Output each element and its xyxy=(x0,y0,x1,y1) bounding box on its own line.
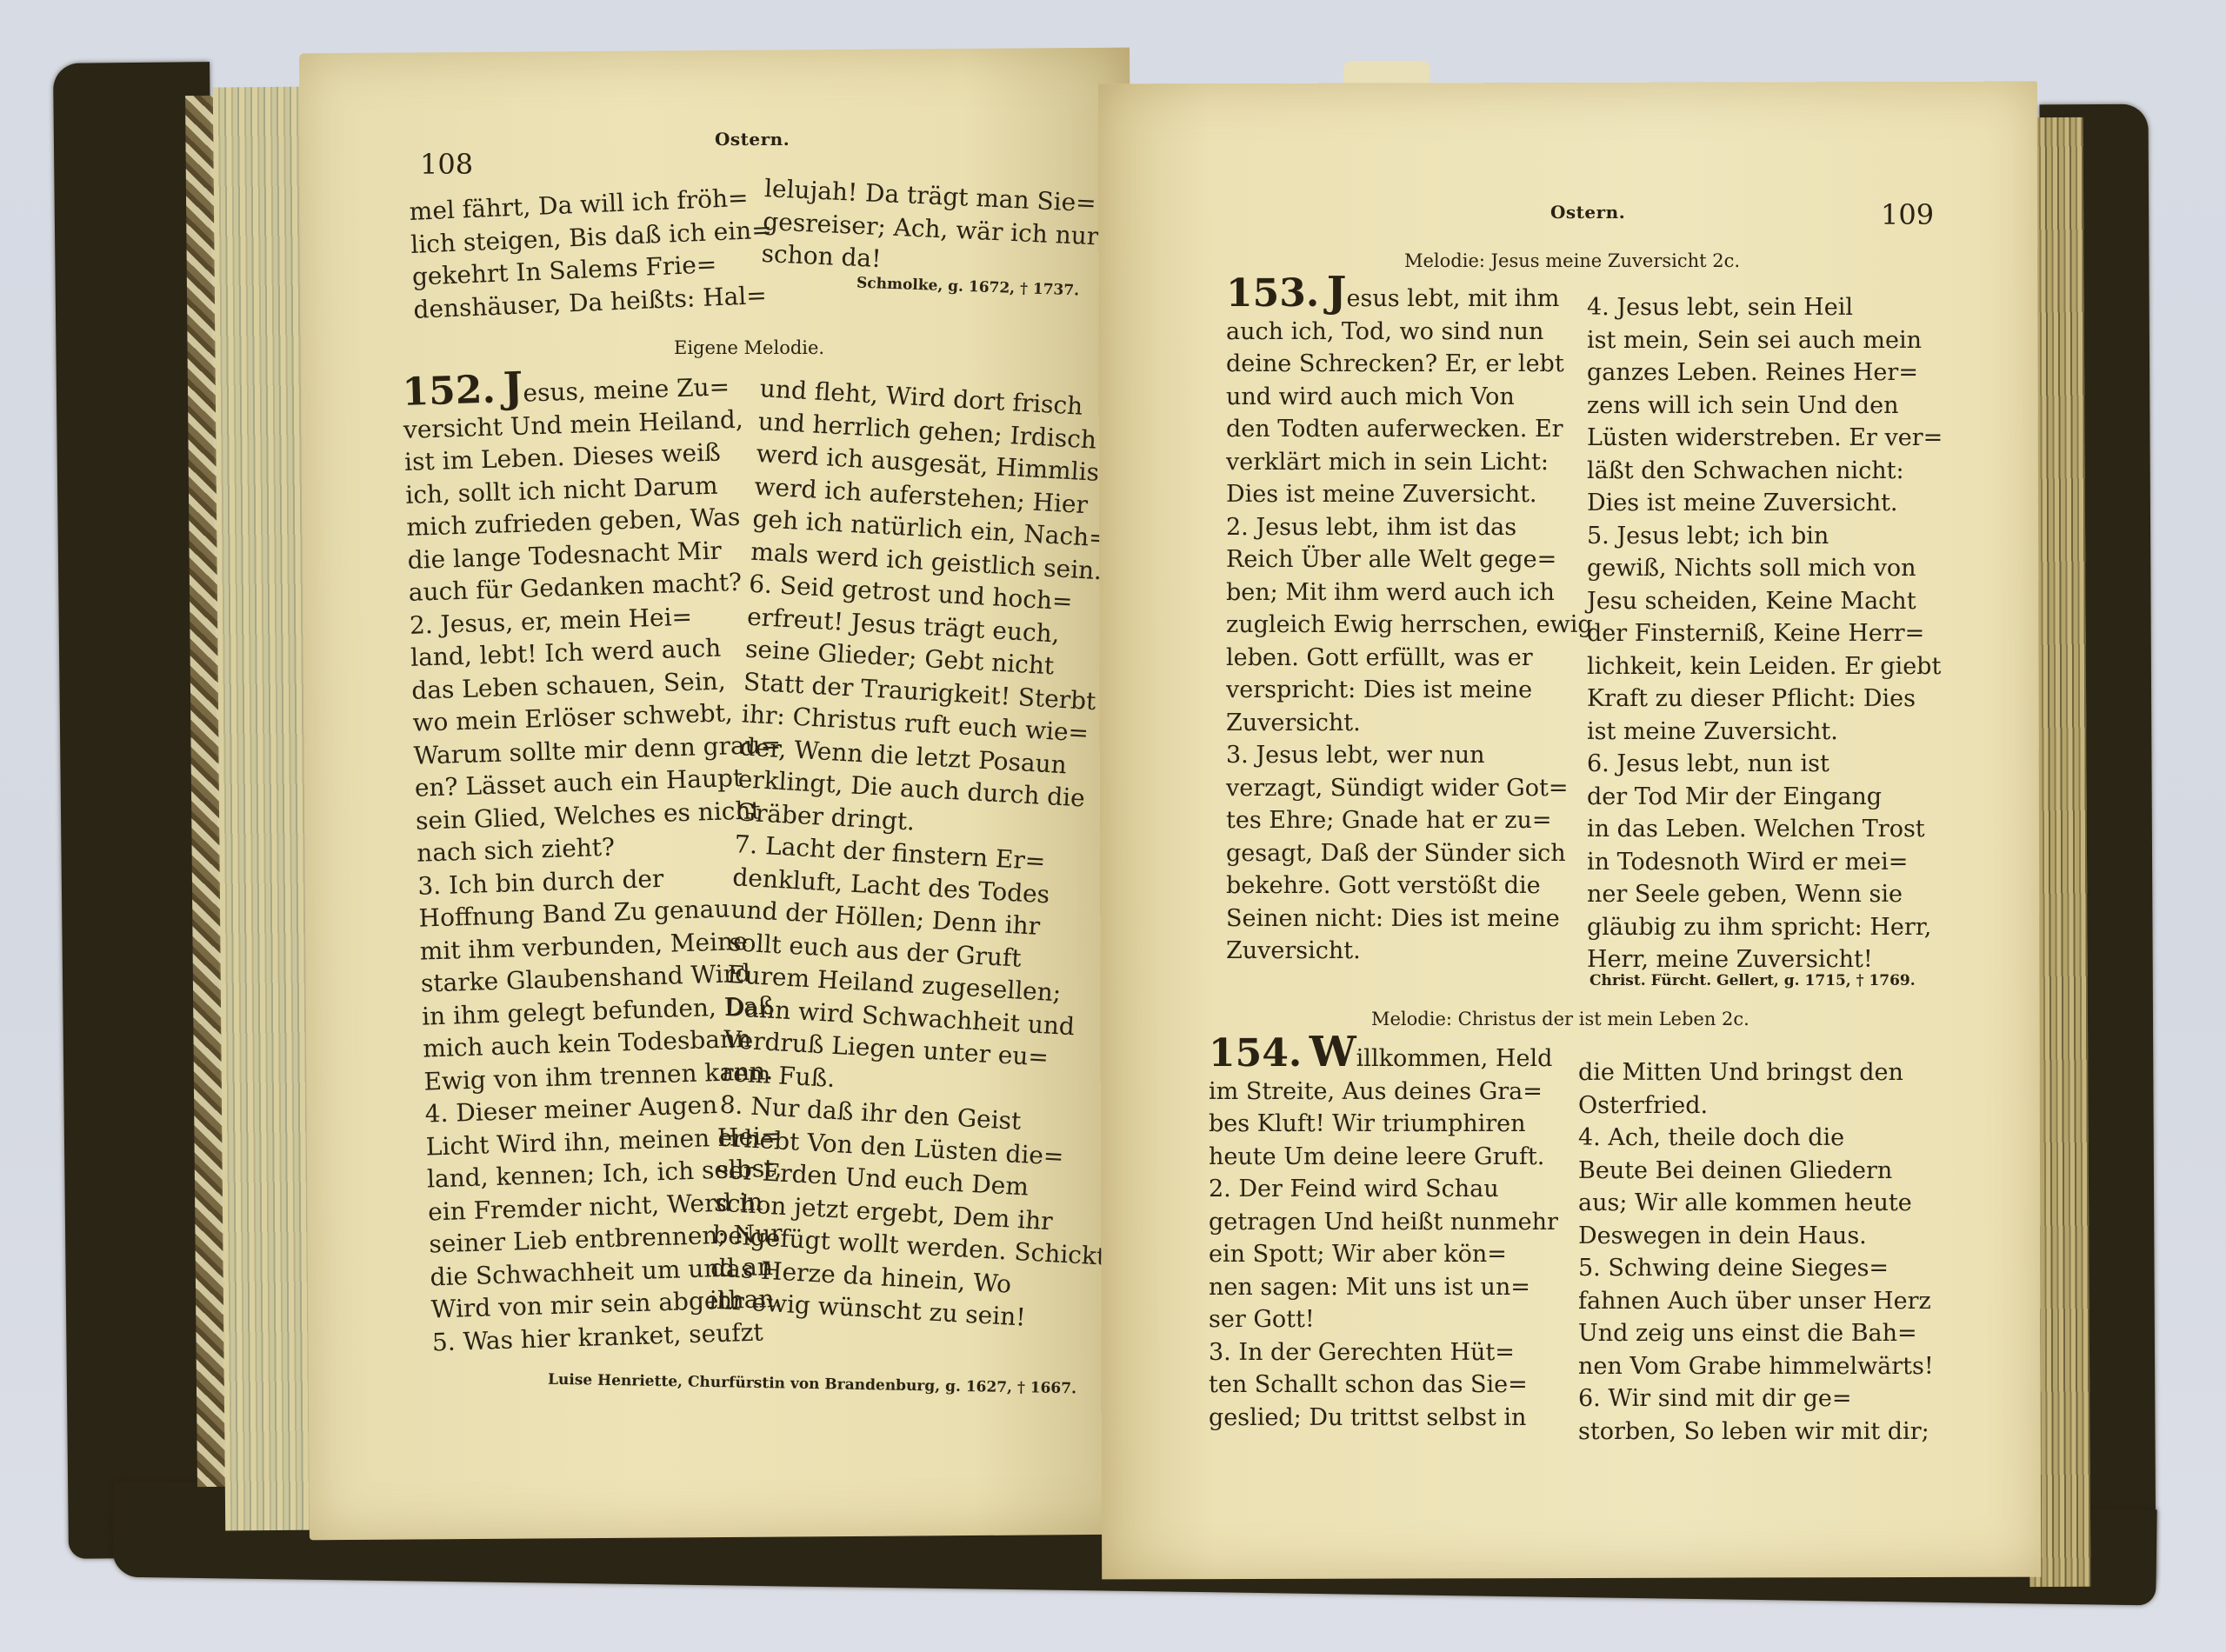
text-line: läßt den Schwachen nicht: xyxy=(1587,455,1943,488)
text-line: esus lebt, mit ihm xyxy=(1346,285,1559,312)
dropcap-153: J xyxy=(1327,268,1347,316)
text-line: storben, So leben wir mit dir; xyxy=(1578,1416,1934,1449)
hymn-number-152: 152. xyxy=(402,368,497,415)
text-line: zens will ich sein Und den xyxy=(1587,390,1943,423)
text-line: ten Schallt schon das Sie= xyxy=(1209,1369,1558,1402)
hymn-number-153: 153. xyxy=(1226,271,1319,316)
running-head-left: Ostern. xyxy=(715,129,790,150)
text-line: verspricht: Dies ist meine xyxy=(1226,674,1593,707)
dropcap-152: J xyxy=(503,363,523,413)
dropcap-154: W xyxy=(1310,1028,1356,1076)
text-line: 2. Der Feind wird Schau xyxy=(1209,1173,1558,1206)
text-line: 4. Ach, theile doch die xyxy=(1578,1122,1934,1155)
text-line: ser Gott! xyxy=(1209,1303,1558,1336)
text-line: ben; Mit ihm werd auch ich xyxy=(1226,576,1593,610)
hymn-153-col1: 153. Jesus lebt, mit ihm auch ich, Tod, … xyxy=(1226,276,1593,968)
text-line: Beute Bei deinen Gliedern xyxy=(1578,1155,1934,1188)
text-line: 6. Wir sind mit dir ge= xyxy=(1578,1382,1934,1416)
text-line: Lüsten widerstreben. Er ver= xyxy=(1587,422,1943,455)
continuation-col1: mel fährt, Da will ich fröh= lich steige… xyxy=(409,181,776,326)
text-line: im Streite, Aus deines Gra= xyxy=(1209,1076,1558,1109)
text-line: illkommen, Held xyxy=(1356,1045,1553,1072)
text-line: ganzes Leben. Reines Her= xyxy=(1587,356,1943,390)
text-line: bekehre. Gott verstößt die xyxy=(1226,869,1593,903)
text-line: 3. Jesus lebt, wer nun xyxy=(1226,739,1593,772)
text-line: heute Um deine leere Gruft. xyxy=(1209,1141,1558,1174)
melody-label-153: Melodie: Jesus meine Zuversicht 2c. xyxy=(1404,250,1740,271)
text-line: der Tod Mir der Eingang xyxy=(1587,781,1943,814)
text-line: in Todesnoth Wird er mei= xyxy=(1587,846,1943,879)
text-line: Und zeig uns einst die Bah= xyxy=(1578,1317,1934,1350)
text-line: zugleich Ewig herrschen, ewig xyxy=(1226,609,1593,642)
text-line: die Mitten Und bringst den xyxy=(1578,1056,1934,1089)
text-line: gewiß, Nichts soll mich von xyxy=(1587,552,1943,585)
running-head-right: Ostern. xyxy=(1550,202,1625,223)
text-line: Zuversicht. xyxy=(1226,707,1593,740)
text-line: Herr, meine Zuversicht! xyxy=(1587,943,1943,976)
hymn-154-col1: 154. Willkommen, Held im Streite, Aus de… xyxy=(1209,1036,1558,1434)
text-line: auch ich, Tod, wo sind nun xyxy=(1226,316,1593,349)
text-line: 2. Jesus lebt, ihm ist das xyxy=(1226,511,1593,544)
text-line: ein Spott; Wir aber kön= xyxy=(1209,1238,1558,1271)
text-line: 3. In der Gerechten Hüt= xyxy=(1209,1336,1558,1369)
text-line: in das Leben. Welchen Trost xyxy=(1587,813,1943,846)
text-line: und wird auch mich Von xyxy=(1226,381,1593,414)
text-line: verklärt mich in sein Licht: xyxy=(1226,446,1593,479)
text-line: Seinen nicht: Dies ist meine xyxy=(1226,903,1593,936)
text-line: aus; Wir alle kommen heute xyxy=(1578,1187,1934,1220)
text-line: lichkeit, kein Leiden. Er giebt xyxy=(1587,650,1943,683)
hymn-153-col2: 4. Jesus lebt, sein Heil ist mein, Sein … xyxy=(1587,291,1943,976)
text-line: getragen Und heißt nunmehr xyxy=(1209,1206,1558,1239)
text-line: esus, meine Zu= xyxy=(523,372,730,407)
hymn-number-154: 154. xyxy=(1209,1031,1302,1076)
hymn-154-col2: die Mitten Und bringst den Osterfried. 4… xyxy=(1578,1056,1934,1448)
text-line: Zuversicht. xyxy=(1226,935,1593,968)
text-line: ist mein, Sein sei auch mein xyxy=(1587,324,1943,357)
page-number-108: 108 xyxy=(420,148,473,181)
text-line: Dies ist meine Zuversicht. xyxy=(1587,487,1943,520)
text-line: ner Seele geben, Wenn sie xyxy=(1587,878,1943,911)
text-line: tes Ehre; Gnade hat er zu= xyxy=(1226,804,1593,837)
melody-label-154: Melodie: Christus der ist mein Leben 2c. xyxy=(1371,1009,1749,1029)
text-line: verzagt, Sündigt wider Got= xyxy=(1226,772,1593,805)
text-line: Kraft zu dieser Pflicht: Dies xyxy=(1587,683,1943,716)
text-line: 5. Schwing deine Sieges= xyxy=(1578,1252,1934,1285)
text-line: nen Vom Grabe himmelwärts! xyxy=(1578,1350,1934,1383)
text-line: gesagt, Daß der Sünder sich xyxy=(1226,837,1593,870)
page-number-109: 109 xyxy=(1881,198,1934,231)
melody-label-152: Eigene Melodie. xyxy=(674,337,824,358)
text-line: den Todten auferwecken. Er xyxy=(1226,413,1593,446)
text-line: bes Kluft! Wir triumphiren xyxy=(1209,1108,1558,1141)
text-line: 4. Jesus lebt, sein Heil xyxy=(1587,291,1943,324)
text-line: Deswegen in dein Haus. xyxy=(1578,1220,1934,1253)
text-line: nen sagen: Mit uns ist un= xyxy=(1209,1271,1558,1304)
continuation-col2: lelujah! Da trägt man Sie= gesreiser; Ac… xyxy=(761,172,1101,285)
text-line: Dies ist meine Zuversicht. xyxy=(1226,478,1593,511)
text-line: Jesu scheiden, Keine Macht xyxy=(1587,585,1943,618)
text-line: Reich Über alle Welt gege= xyxy=(1226,543,1593,576)
text-line: 5. Jesus lebt; ich bin xyxy=(1587,520,1943,553)
text-line: geslied; Du trittst selbst in xyxy=(1209,1402,1558,1435)
text-line: ist meine Zuversicht. xyxy=(1587,716,1943,749)
text-line: Osterfried. xyxy=(1578,1089,1934,1122)
text-line: gläubig zu ihm spricht: Herr, xyxy=(1587,911,1943,944)
text-line: 6. Jesus lebt, nun ist xyxy=(1587,748,1943,781)
text-line: fahnen Auch über unser Herz xyxy=(1578,1285,1934,1318)
hymn-152-col2: und fleht, Wird dort frisch und herrlich… xyxy=(708,372,1154,1338)
text-line: leben. Gott erfüllt, was er xyxy=(1226,642,1593,675)
author-credit-gellert: Christ. Fürcht. Gellert, g. 1715, † 1769… xyxy=(1590,972,1916,989)
text-line: deine Schrecken? Er, er lebt xyxy=(1226,348,1593,381)
text-line: der Finsterniß, Keine Herr= xyxy=(1587,617,1943,650)
